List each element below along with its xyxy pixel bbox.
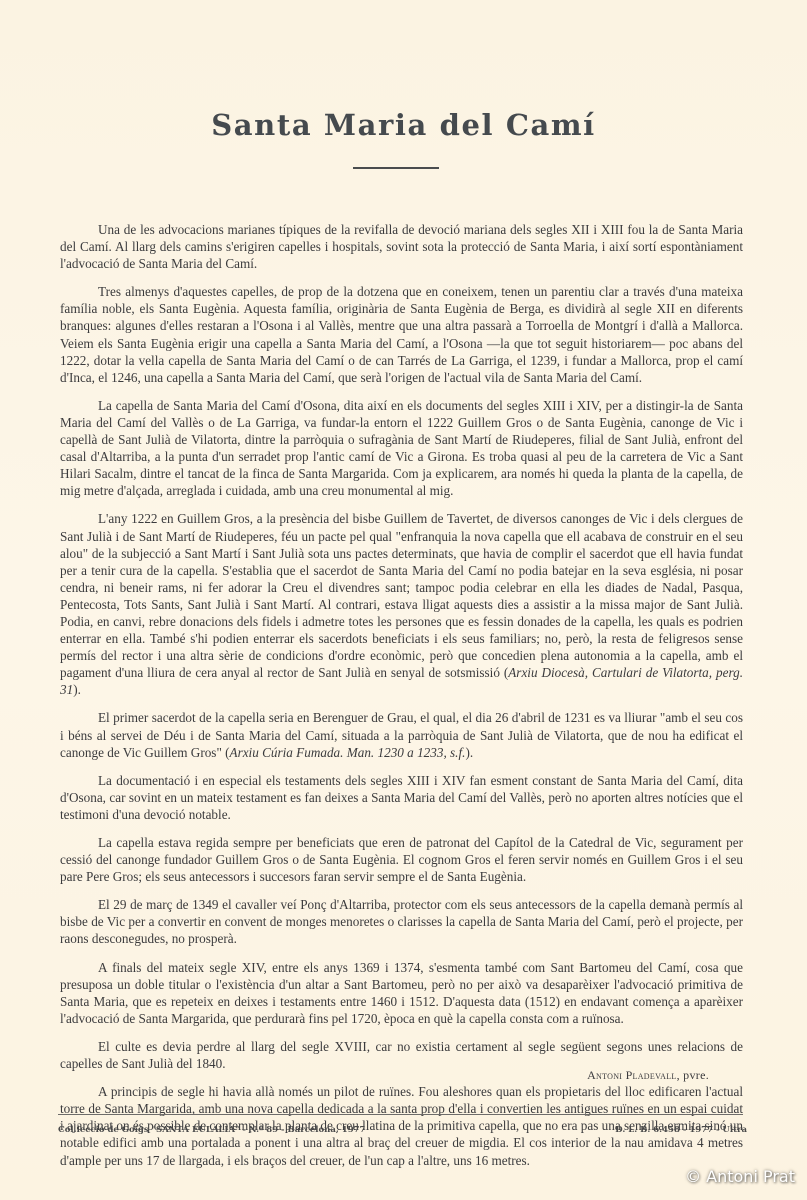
paragraph-8: El 29 de març de 1349 el cavaller veí Po… (60, 896, 743, 947)
citation-curia-fumada: Arxiu Cúria Fumada. Man. 1230 a 1233, s.… (230, 745, 466, 760)
title-divider (353, 167, 439, 169)
paragraph-5: El primer sacerdot de la capella seria e… (60, 709, 743, 760)
copyright-watermark: © Antoni Prat (685, 1167, 795, 1186)
paragraph-4: L'any 1222 en Guillem Gros, a la presènc… (60, 510, 743, 698)
paragraph-2: Tres almenys d'aquestes capelles, de pro… (60, 283, 743, 386)
paragraph-7: La capella estava regida sempre per bene… (60, 834, 743, 885)
paragraph-10: El culte es devia perdre al llarg del se… (60, 1038, 743, 1072)
footer-collection-info: Col.lecció de Goigs "SANTA EULALIA" - N.… (58, 1125, 365, 1135)
paragraph-3: La capella de Santa Maria del Camí d'Oso… (60, 397, 743, 500)
paragraph-9: A finals del mateix segle XIV, entre els… (60, 959, 743, 1027)
footer-legal-deposit: D. L. B. 6.458 - 1977 - Ultra (615, 1125, 747, 1135)
paragraph-4-text: L'any 1222 en Guillem Gros, a la presènc… (60, 511, 743, 680)
document-page: Santa Maria del Camí Una de les advocaci… (0, 0, 807, 1200)
paragraph-1: Una de les advocacions marianes típiques… (60, 221, 743, 272)
paragraph-6: La documentació i en especial els testam… (60, 772, 743, 823)
article-body: Una de les advocacions marianes típiques… (60, 221, 743, 1180)
author-name: Antoni Pladevall, (587, 1068, 680, 1082)
citation-close: ). (73, 682, 81, 697)
footer-divider (58, 1114, 743, 1115)
page-title: Santa Maria del Camí (0, 108, 807, 142)
author-suffix: pvre. (680, 1068, 709, 1082)
author-signature: Antoni Pladevall, pvre. (587, 1068, 709, 1083)
citation-close: ). (465, 745, 473, 760)
